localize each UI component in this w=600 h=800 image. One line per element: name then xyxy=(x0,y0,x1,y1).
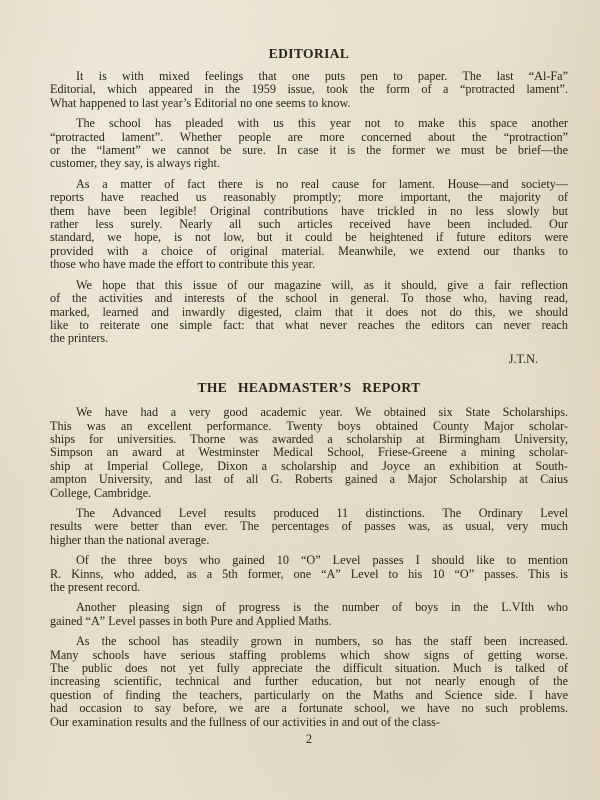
text-line: College, Cambridge. xyxy=(50,487,568,500)
text-line: ships for universities. Thorne was award… xyxy=(50,433,568,446)
paragraph: Another pleasing sign of progress is the… xyxy=(50,601,568,628)
text-line: had occasion to say before, we are a for… xyxy=(50,702,568,715)
text-line: As a matter of fact there is no real cau… xyxy=(50,178,568,191)
text-line: R. Kinns, who added, as a 5th former, on… xyxy=(50,568,568,581)
article-section: THE HEADMASTER’S REPORTWe have had a ver… xyxy=(50,380,568,729)
paragraph: The school has pleaded with us this year… xyxy=(50,117,568,171)
text-line: The school has pleaded with us this year… xyxy=(50,117,568,130)
paragraph: The Advanced Level results produced 11 d… xyxy=(50,507,568,547)
text-line: marked, learned and inwardly digested, c… xyxy=(50,306,568,319)
page-number: 2 xyxy=(50,732,568,747)
editor-initials: J.T.N. xyxy=(50,353,568,366)
text-line: of the activities and interests of the s… xyxy=(50,292,568,305)
text-line: them have been legible! Original contrib… xyxy=(50,205,568,218)
text-line: results were better than ever. The perce… xyxy=(50,520,568,533)
text-line: The Advanced Level results produced 11 d… xyxy=(50,507,568,520)
text-line: the printers. xyxy=(50,332,568,345)
text-line: We have had a very good academic year. W… xyxy=(50,406,568,419)
text-line: increasing scientific, technical and fur… xyxy=(50,675,568,688)
text-line: Our examination results and the fullness… xyxy=(50,716,568,729)
paragraph: As the school has steadily grown in numb… xyxy=(50,635,568,729)
text-line: As the school has steadily grown in numb… xyxy=(50,635,568,648)
text-line: Editorial, which appeared in the 1959 is… xyxy=(50,83,568,96)
text-line: What happened to last year’s Editorial n… xyxy=(50,97,568,110)
text-line: or the “lament” we cannot be sure. In ca… xyxy=(50,144,568,157)
paragraph: It is with mixed feelings that one puts … xyxy=(50,70,568,110)
text-line: Many schools have serious staffing probl… xyxy=(50,649,568,662)
text-line: Another pleasing sign of progress is the… xyxy=(50,601,568,614)
text-line: gained “A” Level passes in both Pure and… xyxy=(50,615,568,628)
section-heading: EDITORIAL xyxy=(50,46,568,62)
text-line: question of finding the teachers, partic… xyxy=(50,689,568,702)
text-line: The public does not yet fully appreciate… xyxy=(50,662,568,675)
paragraph: We hope that this issue of our magazine … xyxy=(50,279,568,346)
text-line: provided with a choice of original mater… xyxy=(50,245,568,258)
text-line: rather less surely. Nearly all such arti… xyxy=(50,218,568,231)
text-line: “protracted lament”. Whether people are … xyxy=(50,131,568,144)
text-line: It is with mixed feelings that one puts … xyxy=(50,70,568,83)
text-line: standard, we hope, is not low, but it co… xyxy=(50,231,568,244)
paragraph: Of the three boys who gained 10 “O” Leve… xyxy=(50,554,568,594)
text-line: customer, they say, is always right. xyxy=(50,157,568,170)
text-line: This was an excellent performance. Twent… xyxy=(50,420,568,433)
text-line: Simpson an award at Westminster Medical … xyxy=(50,446,568,459)
section-heading: THE HEADMASTER’S REPORT xyxy=(50,380,568,396)
text-line: We hope that this issue of our magazine … xyxy=(50,279,568,292)
paragraph: We have had a very good academic year. W… xyxy=(50,406,568,500)
text-line: ampton University, and last of all G. Ro… xyxy=(50,473,568,486)
text-line: ship at Imperial College, Dixon a schola… xyxy=(50,460,568,473)
text-line: Of the three boys who gained 10 “O” Leve… xyxy=(50,554,568,567)
text-line: those who have made the effort to contri… xyxy=(50,258,568,271)
paragraph: As a matter of fact there is no real cau… xyxy=(50,178,568,272)
text-line: higher than the national average. xyxy=(50,534,568,547)
scanned-document-page: EDITORIALIt is with mixed feelings that … xyxy=(0,0,600,800)
article-section: EDITORIALIt is with mixed feelings that … xyxy=(50,46,568,366)
text-line: like to reiterate one simple fact: that … xyxy=(50,319,568,332)
page-content: EDITORIALIt is with mixed feelings that … xyxy=(50,46,568,736)
text-line: reports have reached us reasonably promp… xyxy=(50,191,568,204)
text-line: the present record. xyxy=(50,581,568,594)
